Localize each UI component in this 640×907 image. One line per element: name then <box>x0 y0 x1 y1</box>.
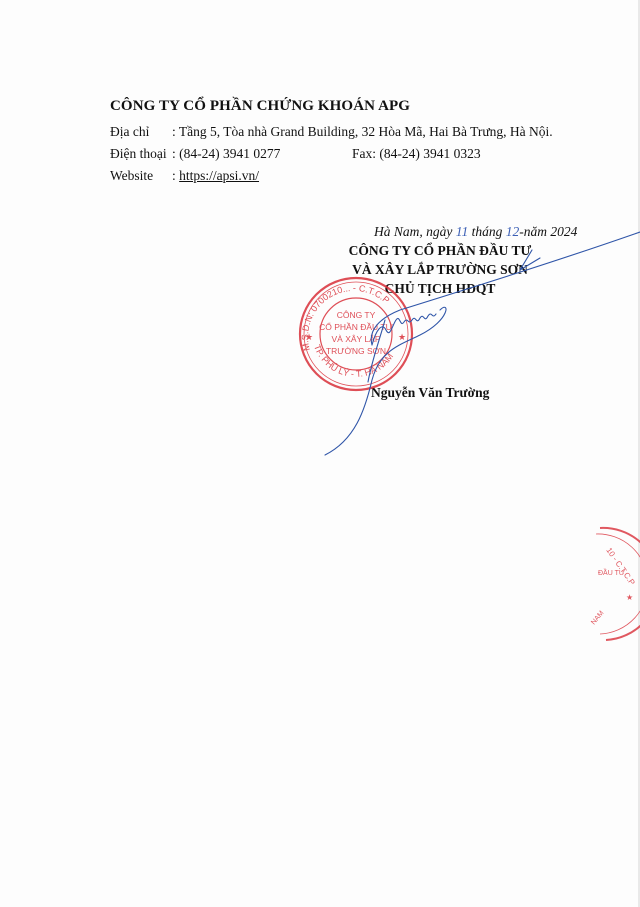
partial-seal: 10 - C.T.C.P ĐẦU TƯ NAM ★ <box>590 528 640 640</box>
date-day: 11 <box>456 224 469 239</box>
address-row: Địa chỉ : Tầng 5, Tòa nhà Grand Building… <box>110 121 410 143</box>
signatory-company-line2: VÀ XÂY LẮP TRƯỜNG SƠN <box>340 260 540 279</box>
signatory-company-line1: CÔNG TY CỔ PHẦN ĐẦU TƯ <box>340 241 540 260</box>
company-name: CÔNG TY CỔ PHẦN CHỨNG KHOÁN APG <box>110 98 410 115</box>
month-prefix: tháng <box>468 224 506 239</box>
seal-inner-line-1: CÔNG TY <box>337 310 376 320</box>
document-page: CÔNG TY CỔ PHẦN CHỨNG KHOÁN APG Địa chỉ … <box>0 0 640 907</box>
svg-text:TP. PHỦ LÝ - T. HÀ NAM: TP. PHỦ LÝ - T. HÀ NAM <box>312 343 395 379</box>
website-row: Website : https://apsi.vn/ <box>110 165 410 187</box>
seal-inner-line-4: TRƯỜNG SƠN <box>326 346 386 356</box>
partial-seal-text-1: 10 - C.T.C.P <box>604 546 636 587</box>
address-value: : Tầng 5, Tòa nhà Grand Building, 32 Hòa… <box>172 121 553 143</box>
partial-seal-text-3: NAM <box>590 610 605 627</box>
letterhead: CÔNG TY CỔ PHẦN CHỨNG KHOÁN APG Địa chỉ … <box>110 98 410 187</box>
date-month: 12 <box>506 224 520 239</box>
website-label: Website <box>110 165 153 187</box>
signatory-title: CÔNG TY CỔ PHẦN ĐẦU TƯ VÀ XÂY LẮP TRƯỜNG… <box>340 241 540 298</box>
seal-outer-text-bottom: TP. PHỦ LÝ - T. HÀ NAM <box>312 343 395 379</box>
phone-label: Điện thoại <box>110 143 167 165</box>
seal-inner-line-3: VÀ XÂY LẮP <box>332 334 381 344</box>
signatory-position: CHỦ TỊCH HĐQT <box>340 279 540 298</box>
date-prefix: Hà Nam, ngày <box>374 224 456 239</box>
signer-name: Nguyễn Văn Trường <box>371 385 489 401</box>
phone-row: Điện thoại : (84-24) 3941 0277 Fax: (84-… <box>110 143 410 165</box>
date-line: Hà Nam, ngày 11 tháng 12-năm 2024 <box>374 224 577 240</box>
phone-value: : (84-24) 3941 0277 <box>172 143 280 165</box>
address-label: Địa chỉ <box>110 121 149 143</box>
partial-seal-text-2: ĐẦU TƯ <box>598 567 625 577</box>
partial-seal-star-icon: ★ <box>626 593 633 602</box>
date-year: -năm 2024 <box>519 224 577 239</box>
website-link[interactable]: https://apsi.vn/ <box>179 168 259 183</box>
seal-star-icon: ★ <box>305 332 313 342</box>
seal-star-icon: ★ <box>398 332 406 342</box>
fax-value: Fax: (84-24) 3941 0323 <box>352 143 481 165</box>
seal-inner-line-2: CỔ PHẦN ĐẦU TƯ <box>319 321 393 332</box>
website-field: : https://apsi.vn/ <box>172 165 259 187</box>
